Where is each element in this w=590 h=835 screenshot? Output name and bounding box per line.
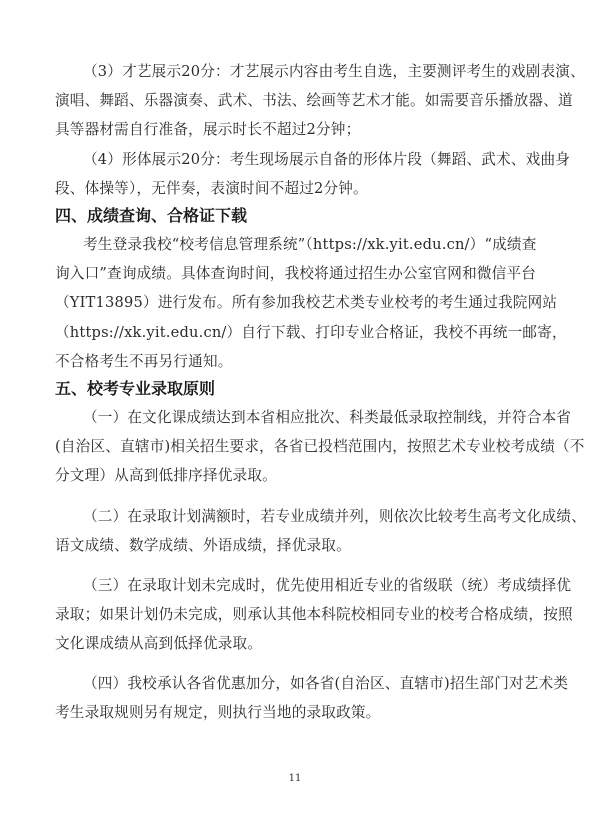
section-5-item-2-line-2: 语文成绩、数学成绩、外语成绩，择优录取。 [55,536,537,556]
section-5-item-2-line-1: （二）在录取计划满额时，若专业成绩并列，则依次比较考生高考文化成绩、 [83,507,537,527]
paragraph-4-line-1: （4）形体展示20分：考生现场展示自备的形体片段（舞蹈、武术、戏曲身 [83,150,537,170]
section-4-line-1: 考生登录我校“校考信息管理系统”（https://xk.yit.edu.cn/）… [83,235,537,255]
section-5-item-1-line-1: （一）在文化课成绩达到本省相应批次、科类最低录取控制线，并符合本省 [83,408,537,428]
paragraph-3-line-1: （3）才艺展示20分：才艺展示内容由考生自选，主要测评考生的戏剧表演、 [83,62,537,82]
document-page: （3）才艺展示20分：才艺展示内容由考生自选，主要测评考生的戏剧表演、 演唱、舞… [0,0,590,835]
section-5-item-1-line-3: 分文理）从高到低排序择优录取。 [55,466,537,486]
section-4-heading: 四、成绩查询、合格证下载 [55,205,247,227]
section-5-item-1-line-2: (自治区、直辖市)相关招生要求，各省已投档范围内，按照艺术专业校考成绩（不 [55,437,537,457]
paragraph-4-line-2: 段、体操等），无伴奏，表演时间不超过2分钟。 [55,179,537,199]
section-5-item-3-line-1: （三）在录取计划未完成时，优先使用相近专业的省级联（统）考成绩择优 [83,576,537,596]
section-5-item-3-line-2: 录取；如果计划仍未完成，则承认其他本科院校相同专业的校考合格成绩，按照 [55,605,537,625]
paragraph-3-line-3: 具等器材需自行准备，展示时长不超过2分钟； [55,120,537,140]
page-number: 11 [0,773,590,784]
section-5-heading: 五、校考专业录取原则 [55,378,215,400]
section-4-line-2: 询入口”查询成绩。具体查询时间，我校将通过招生办公室官网和微信平台 [55,264,537,284]
paragraph-3-line-2: 演唱、舞蹈、乐器演奏、武术、书法、绘画等艺术才能。如需要音乐播放器、道 [55,91,537,111]
section-5-item-4-line-2: 考生录取规则另有规定，则执行当地的录取政策。 [55,703,537,723]
section-4-line-4: （https://xk.yit.edu.cn/）自行下载、打印专业合格证，我校不… [55,323,537,343]
section-5-item-3-line-3: 文化课成绩从高到低择优录取。 [55,634,537,654]
section-5-item-4-line-1: （四）我校承认各省优惠加分，如各省(自治区、直辖市)招生部门对艺术类 [83,674,537,694]
section-4-line-5: 不合格考生不再另行通知。 [55,352,537,372]
section-4-line-3: （YIT13895）进行发布。所有参加我校艺术类专业校考的考生通过我院网站 [55,293,537,313]
